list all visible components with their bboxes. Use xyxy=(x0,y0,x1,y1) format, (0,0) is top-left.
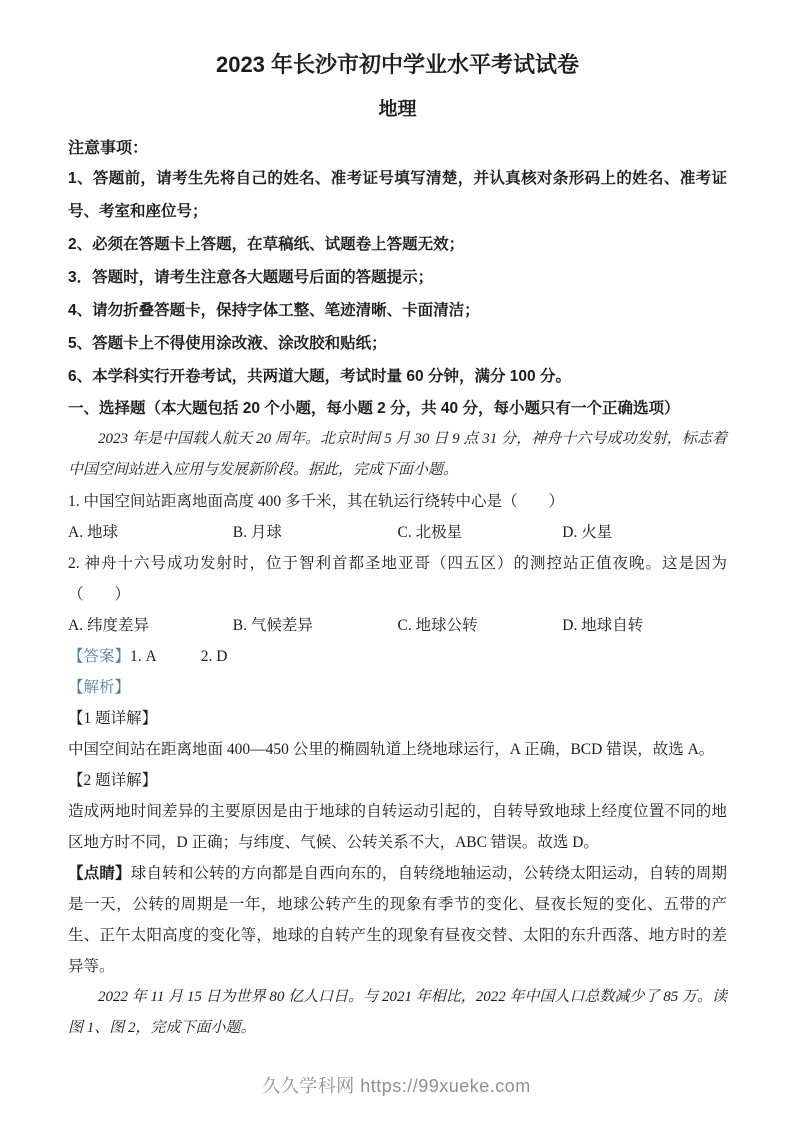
question-2-option-b: B. 气候差异 xyxy=(233,610,398,641)
subject-title: 地理 xyxy=(68,97,727,123)
notice-list: 1、答题前，请考生先将自己的姓名、准考证号填写清楚，并认真核对条形码上的姓名、准… xyxy=(68,162,727,393)
watermark-text: 久久学科网 https://99xueke.com xyxy=(262,1076,531,1096)
analysis-label: 【解析】 xyxy=(68,672,727,703)
watermark: 久久学科网 https://99xueke.com xyxy=(0,1072,793,1098)
question-2-stem: 2. 神舟十六号成功发射时，位于智利首都圣地亚哥（四五区）的测控站正值夜晚。这是… xyxy=(68,548,727,610)
exam-document-page: 2023 年长沙市初中学业水平考试试卷 地理 注意事项： 1、答题前，请考生先将… xyxy=(0,0,793,1044)
tip-text: 球自转和公转的方向都是自西向东的，自转绕地轴运动，公转绕太阳运动，自转的周期是一… xyxy=(68,865,727,975)
question-1-options: A. 地球 B. 月球 C. 北极星 D. 火星 xyxy=(68,517,727,548)
question-1-option-c: C. 北极星 xyxy=(398,517,563,548)
notice-item-5: 5、答题卡上不得使用涂改液、涂改胶和贴纸； xyxy=(68,327,727,360)
question-1-option-b: B. 月球 xyxy=(233,517,398,548)
tip-label: 【点睛】 xyxy=(68,865,131,882)
question-2-options: A. 纬度差异 B. 气候差异 C. 地球公转 D. 地球自转 xyxy=(68,610,727,641)
notice-item-3: 3．答题时，请考生注意各大题题号后面的答题提示； xyxy=(68,261,727,294)
passage-space-station: 2023 年是中国载人航天 20 周年。北京时间 5 月 30 日 9 点 31… xyxy=(68,424,727,486)
notice-item-2: 2、必须在答题卡上答题，在草稿纸、试题卷上答题无效； xyxy=(68,228,727,261)
question-2-option-d: D. 地球自转 xyxy=(562,610,727,641)
detail-2-label: 【2 题详解】 xyxy=(68,765,727,796)
question-1-option-d: D. 火星 xyxy=(562,517,727,548)
detail-1-label: 【1 题详解】 xyxy=(68,703,727,734)
tip-paragraph: 【点睛】球自转和公转的方向都是自西向东的，自转绕地轴运动，公转绕太阳运动，自转的… xyxy=(68,858,727,982)
notice-item-4: 4、请勿折叠答题卡，保持字体工整、笔迹清晰、卡面清洁； xyxy=(68,294,727,327)
question-1-stem: 1. 中国空间站距离地面高度 400 多千米，其在轨运行绕转中心是（ ） xyxy=(68,486,727,517)
passage-population: 2022 年 11 月 15 日为世界 80 亿人口日。与 2021 年相比，2… xyxy=(68,982,727,1044)
section-heading: 一、选择题（本大题包括 20 个小题，每小题 2 分，共 40 分，每小题只有一… xyxy=(68,393,727,424)
answer-q1: 1. A xyxy=(130,648,157,665)
notice-heading: 注意事项： xyxy=(68,136,727,162)
question-1-option-a: A. 地球 xyxy=(68,517,233,548)
notice-item-6: 6、本学科实行开卷考试，共两道大题，考试时量 60 分钟，满分 100 分。 xyxy=(68,360,727,393)
question-2-option-c: C. 地球公转 xyxy=(398,610,563,641)
detail-1-text: 中国空间站在距离地面 400—450 公里的椭圆轨道上绕地球运行，A 正确，BC… xyxy=(68,734,727,765)
notice-item-1: 1、答题前，请考生先将自己的姓名、准考证号填写清楚，并认真核对条形码上的姓名、准… xyxy=(68,162,727,228)
question-2-option-a: A. 纬度差异 xyxy=(68,610,233,641)
page-title: 2023 年长沙市初中学业水平考试试卷 xyxy=(68,50,727,80)
answer-q2: 2. D xyxy=(201,648,228,665)
answer-label: 【答案】 xyxy=(68,648,130,665)
answer-line: 【答案】1. A2. D xyxy=(68,641,727,672)
detail-2-text: 造成两地时间差异的主要原因是由于地球的自转运动引起的，自转导致地球上经度位置不同… xyxy=(68,796,727,858)
